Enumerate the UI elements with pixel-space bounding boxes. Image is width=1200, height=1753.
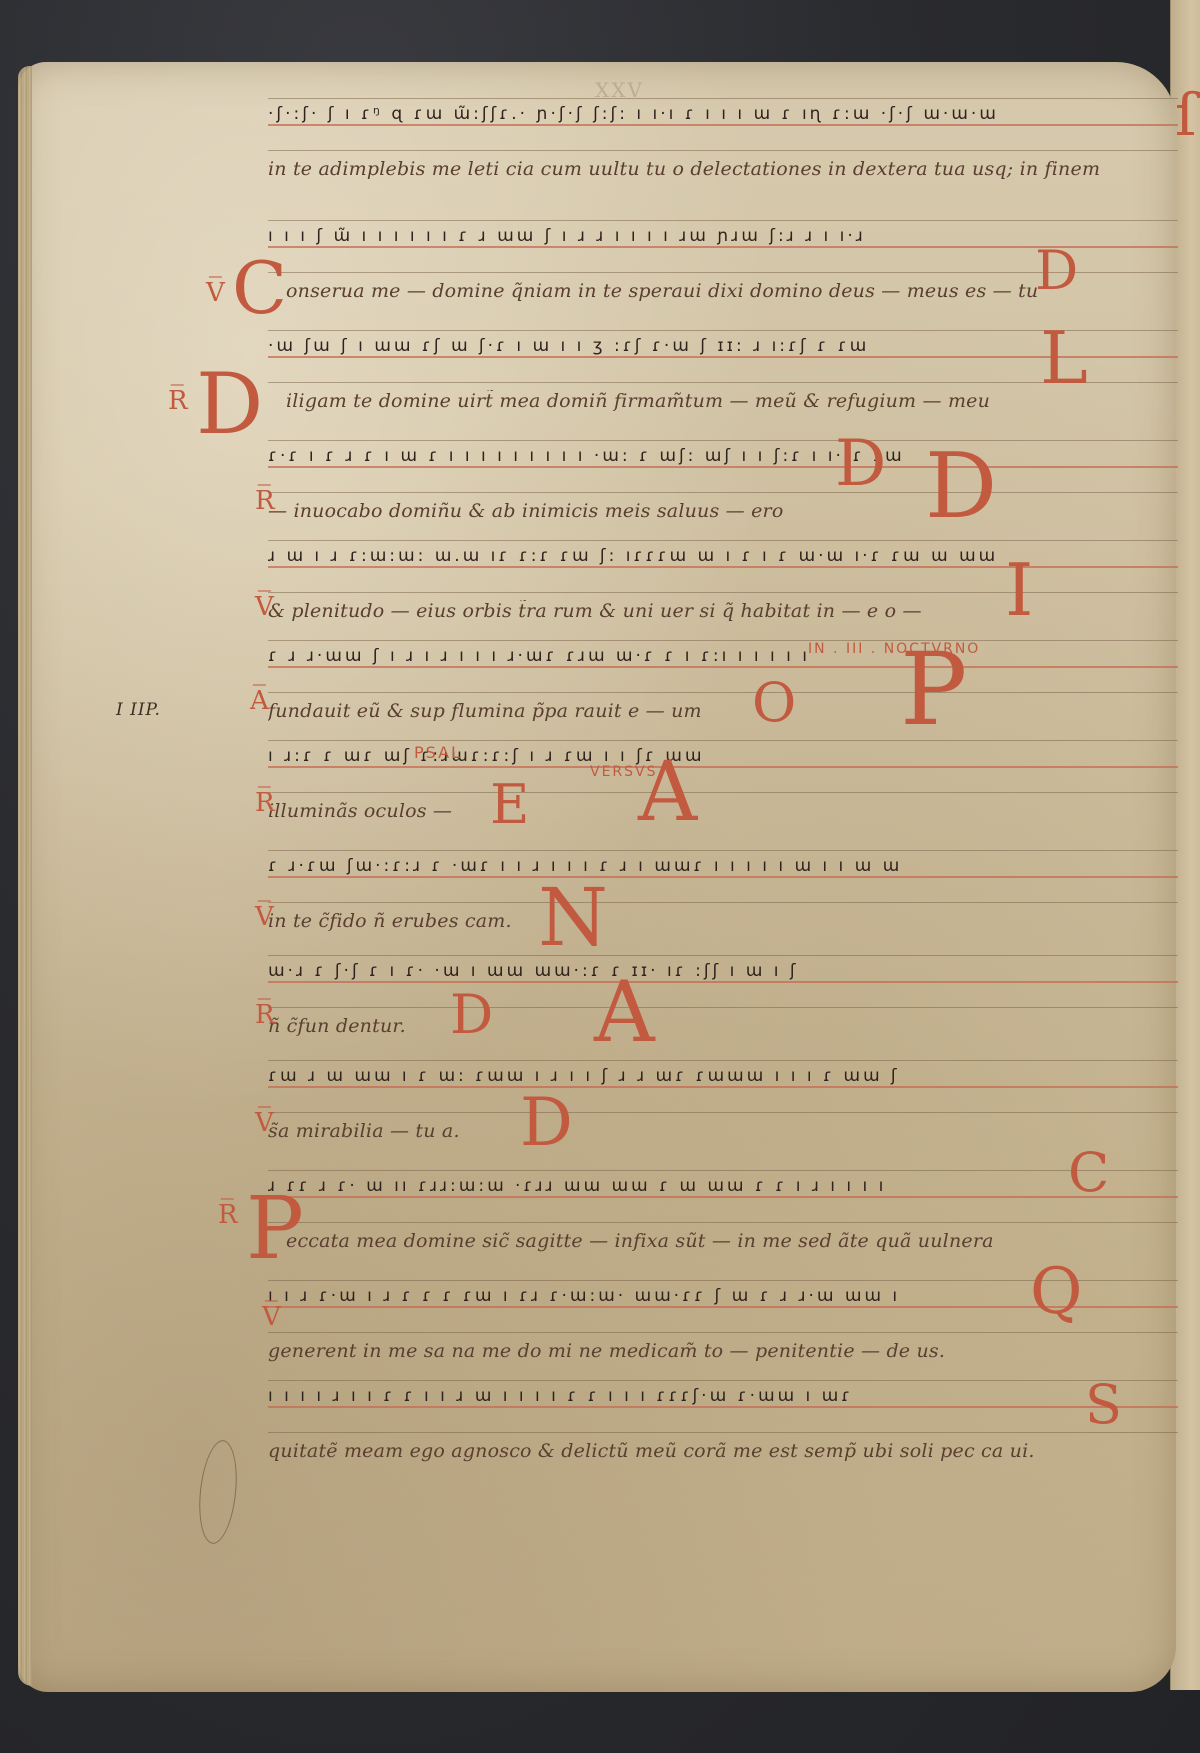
- chant-text-line: ñ c̃fun dentur.: [268, 1015, 1188, 1037]
- initial-C: C: [232, 252, 287, 324]
- staff-line: [268, 592, 1178, 593]
- staff-line: [268, 1380, 1178, 1381]
- staff-line: [268, 692, 1178, 693]
- initial-D-domini-est-terra: D: [925, 442, 997, 532]
- staff-line: [268, 955, 1178, 956]
- neume-notation: ·ɯ ʃɯ ʃ ı ɯɯ ɾʃ ɯ ʃ·ɾ ı ɯ ı ı ʒ :ɾʃ ɾ·ɯ …: [268, 336, 1168, 376]
- chant-text-line: illuminãs oculos —: [268, 800, 1188, 822]
- rubric-versicle-mark: V̅: [255, 904, 274, 930]
- initial-L-laudans: L: [1040, 322, 1088, 394]
- staff-line: [268, 740, 1178, 741]
- rubric-responsory-mark: R̅: [255, 1002, 275, 1028]
- rubric-in-iii-nocturno: IN . III . NOCTVRNO: [808, 642, 980, 656]
- initial-D-domini: D: [835, 432, 886, 496]
- rubric-antiphon-mark: A̅: [250, 688, 269, 714]
- rubric-versicle-mark: V̅: [255, 594, 274, 620]
- margin-note: I IIP.: [116, 700, 161, 720]
- staff-line: [268, 440, 1178, 441]
- initial-D: D: [196, 362, 263, 446]
- neume-notation: ı ı ı ʃ ɯ̃ ı ı ı ı ı ı ɾ ɹ ɯɯ ʃ ı ɹ ɹ ı …: [268, 226, 1168, 266]
- neume-notation: ɹ ɾɾ ɹ ɾ· ɯ ıı ɾɹɹ:ɯ:ɯ ·ɾɹɹ ɯɯ ɯɯ ɾ ɯ ɯɯ…: [268, 1176, 1168, 1216]
- chant-text-line: fundauit eũ & sup flumina p̃pa rauit e …: [268, 700, 1188, 722]
- rubric-versicle-mark: V̅: [255, 1110, 274, 1136]
- chant-text-line: & plenitudo — eius orbis t̃ra rum & uni …: [268, 600, 1188, 622]
- chant-text-line: — inuocabo domiñu & ab inimicis meis sa…: [268, 500, 1188, 522]
- neume-notation: ı ı ı ı ɹ ı ı ɾ ɾ ı ı ɹ ɯ ı ı ı ı ɾ ɾ ı …: [268, 1386, 1168, 1426]
- rubric-psal: PSAL: [414, 745, 462, 761]
- staff-line: [268, 1112, 1178, 1113]
- rubric-responsory-mark: R̅: [255, 488, 275, 514]
- initial-D-domine-dilexi: D: [520, 1090, 573, 1156]
- initial-E-exaltare: E: [490, 778, 529, 832]
- initial-D-delectationes: D: [1035, 244, 1078, 298]
- staff-line: [268, 98, 1178, 99]
- staff-line: [268, 220, 1178, 221]
- initial-P: P: [246, 1186, 304, 1272]
- initial-S-sana-me: S: [1085, 1378, 1122, 1432]
- initial-I-ipse: I: [1005, 554, 1033, 626]
- initial-O-orbis: O: [752, 676, 796, 730]
- page-stack-edge: [18, 66, 32, 1686]
- staff-line: [268, 1332, 1178, 1333]
- rubric-versicle-mark: V̅: [262, 1304, 281, 1330]
- facing-page-rubric-initial: ſ: [1175, 86, 1196, 144]
- staff-line: [268, 850, 1178, 851]
- staff-line: [268, 492, 1178, 493]
- chant-text-line: generent in me sa na me do mi ne medicam…: [268, 1340, 1188, 1362]
- chant-text-line: in te c̃fido ñ erubes cam.: [268, 910, 1188, 932]
- chant-text-line: s̃a mirabilia — tu a.: [268, 1120, 1188, 1142]
- staff-line: [268, 1170, 1178, 1171]
- staff-line: [268, 792, 1178, 793]
- initial-D-deus-meus: D: [450, 988, 493, 1042]
- rubric-versicle-mark: V̅: [206, 280, 225, 306]
- neume-notation: ɾ ɹ·ɾɯ ʃɯ·:ɾ:ɹ ɾ ·ɯɾ ı ı ɹ ı ı ı ɾ ɹ ı ɯ…: [268, 856, 1168, 896]
- staff-line: [268, 902, 1178, 903]
- neume-notation: ·ʃ·:ʃ· ʃ ı ɾᵑ ɋ ɾɯ ɯ̃:ʃʃɾ.· ɲ·ʃ·ʃ ʃ:ʃ: ı…: [268, 104, 1168, 144]
- initial-A-ad-te: A: [638, 752, 697, 834]
- staff-line: [268, 1007, 1178, 1008]
- neume-notation: ɾ·ɾ ı ɾ ɹ ɾ ı ɯ ɾ ı ı ı ı ı ı ı ı ı ·ɯ: …: [268, 446, 1168, 486]
- staff-line: [268, 1060, 1178, 1061]
- staff-line: [268, 640, 1178, 641]
- rubric-responsory-mark: R̅: [255, 790, 275, 816]
- chant-text-line: quitatẽ meam ego agnosco & delictũ meu…: [268, 1440, 1188, 1462]
- neume-notation: ı ɹ:ɾ ɾ ɯɾ ɯʃ ɾ:ɹɯɾ:ɾ:ʃ ı ɹ ɾɯ ı ı ʃɾ ɯɯ: [268, 746, 1168, 786]
- neume-notation: ɯ·ɹ ɾ ʃ·ʃ ɾ ı ɾ· ·ɯ ı ɯɯ ɯɯ·:ɾ ɾ ɪɪ· ıɾ …: [268, 961, 1168, 1001]
- initial-A-audiam: A: [594, 970, 655, 1054]
- staff-line: [268, 150, 1178, 151]
- rubric-responsory-mark: R̅: [218, 1202, 238, 1228]
- initial-Q-quoniam: Q: [1030, 1260, 1082, 1324]
- chant-text-line: in te adimplebis me leti cia cum uultu t…: [268, 158, 1188, 180]
- staff-line: [268, 1432, 1178, 1433]
- initial-C-curentur: C: [1068, 1146, 1109, 1200]
- neume-notation: ɾɯ ɹ ɯ ɯɯ ı ɾ ɯ: ɾɯɯ ı ɹ ı ı ʃ ɹ ɹ ɯɾ ɾɯ…: [268, 1066, 1168, 1106]
- neume-notation: ɾ ɹ ɹ·ɯɯ ʃ ı ɹ ı ɹ ı ı ı ɹ·ɯɾ ɾɹɯ ɯ·ɾ ɾ …: [268, 646, 1168, 686]
- staff-line: [268, 540, 1178, 541]
- chant-text-line: eccata mea domine sic̃ sagitte — infixa …: [286, 1230, 1188, 1252]
- rubric-responsory-mark: R̅: [168, 388, 188, 414]
- initial-N-neque: N: [538, 878, 608, 958]
- staff-line: [268, 1222, 1178, 1223]
